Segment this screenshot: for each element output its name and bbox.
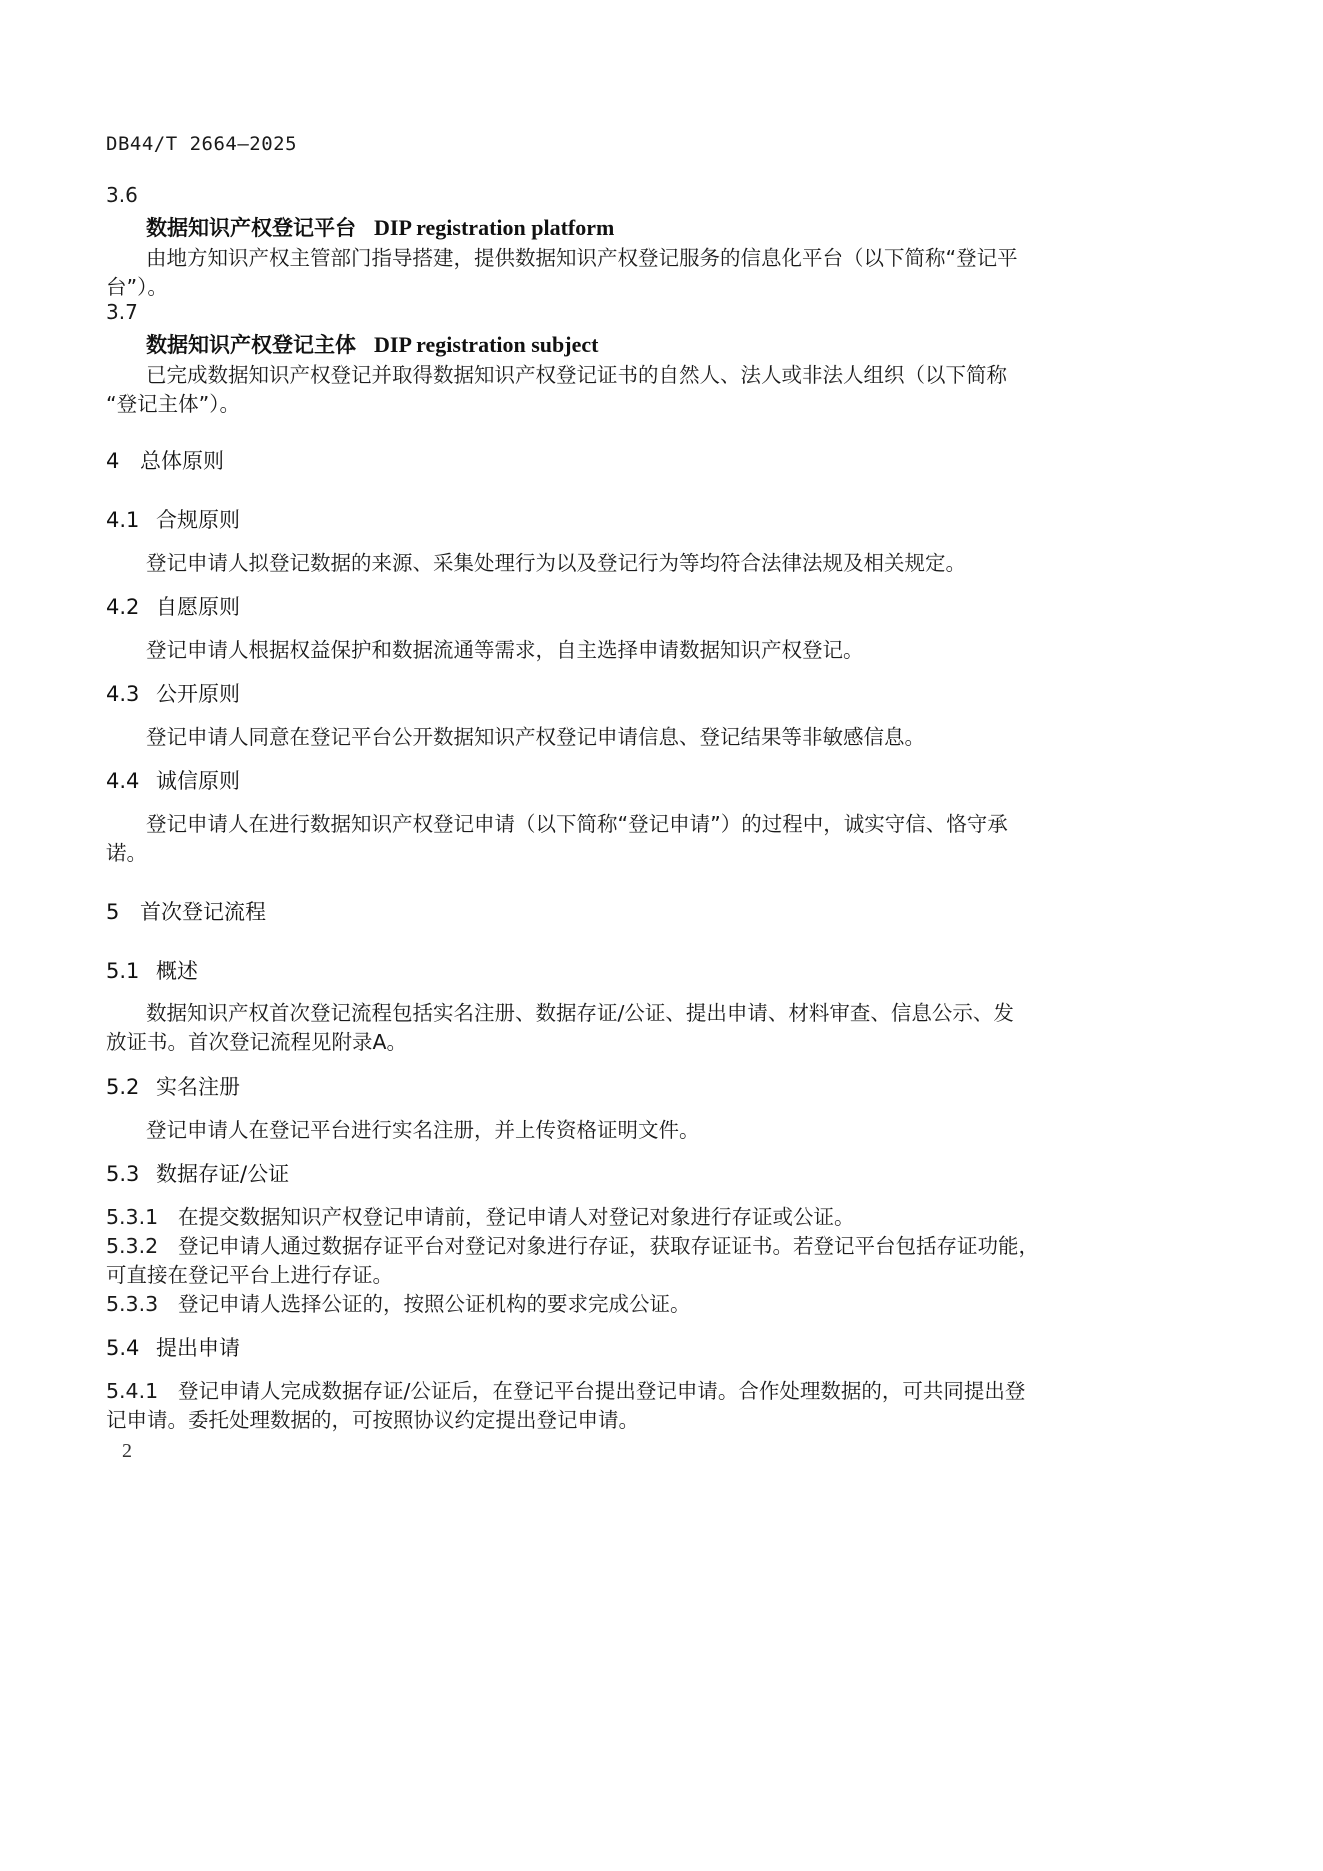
paragraph: 登记申请人同意在登记平台公开数据知识产权登记申请信息、登记结果等非敏感信息。 (146, 720, 925, 750)
definition-text-line: 台”）。 (106, 270, 168, 300)
subsection-number: 4.4 (106, 769, 156, 793)
clause-text: 登记申请人完成数据存证/公证后，在登记平台提出登记申请。合作处理数据的，可共同提… (178, 1379, 1025, 1403)
clause: 5.3.3登记申请人选择公证的，按照公证机构的要求完成公证。 (106, 1287, 691, 1317)
subsection-heading: 5.1概述 (106, 955, 198, 985)
clause-text-continuation: 可直接在登记平台上进行存证。 (106, 1258, 393, 1288)
definition-number: 3.6 (106, 183, 138, 207)
subsection-number: 4.1 (106, 508, 156, 532)
document-page: DB44/T 2664—2025 3.6 数据知识产权登记平台DIP regis… (0, 0, 1323, 1871)
definition-text-line: 由地方知识产权主管部门指导搭建，提供数据知识产权登记服务的信息化平台（以下简称“… (146, 241, 1018, 271)
subsection-heading: 5.3数据存证/公证 (106, 1158, 289, 1188)
clause-number: 5.3.1 (106, 1205, 178, 1229)
subsection-heading: 4.3公开原则 (106, 678, 240, 708)
clause-number: 5.4.1 (106, 1379, 178, 1403)
subsection-number: 5.3 (106, 1162, 156, 1186)
section-title: 首次登记流程 (140, 900, 266, 924)
paragraph: 登记申请人在登记平台进行实名注册，并上传资格证明文件。 (146, 1113, 700, 1143)
term-en: DIP registration subject (374, 332, 598, 357)
section-number: 5 (106, 900, 140, 924)
paragraph-line: 放证书。首次登记流程见附录A。 (106, 1025, 407, 1055)
subsection-title: 实名注册 (156, 1075, 240, 1099)
clause-number: 5.3.2 (106, 1234, 178, 1258)
definition-number: 3.7 (106, 300, 138, 324)
clause-text-continuation: 记申请。委托处理数据的，可按照协议约定提出登记申请。 (106, 1403, 639, 1433)
clause-text: 登记申请人选择公证的，按照公证机构的要求完成公证。 (178, 1292, 691, 1316)
clause: 5.4.1登记申请人完成数据存证/公证后，在登记平台提出登记申请。合作处理数据的… (106, 1374, 1025, 1404)
subsection-title: 合规原则 (156, 508, 240, 532)
term-zh: 数据知识产权登记主体 (146, 333, 356, 357)
clause: 5.3.2登记申请人通过数据存证平台对登记对象进行存证，获取存证证书。若登记平台… (106, 1229, 1039, 1259)
subsection-number: 5.1 (106, 959, 156, 983)
subsection-title: 概述 (156, 959, 198, 983)
clause-text: 登记申请人通过数据存证平台对登记对象进行存证，获取存证证书。若登记平台包括存证功… (178, 1234, 1039, 1258)
subsection-number: 5.2 (106, 1075, 156, 1099)
subsection-number: 5.4 (106, 1336, 156, 1360)
clause-text: 在提交数据知识产权登记申请前，登记申请人对登记对象进行存证或公证。 (178, 1205, 855, 1229)
paragraph-line: 诺。 (106, 836, 147, 866)
subsection-heading: 4.4诚信原则 (106, 765, 240, 795)
page-number: 2 (122, 1440, 132, 1463)
definition-term: 数据知识产权登记平台DIP registration platform (146, 212, 614, 242)
subsection-heading: 5.4提出申请 (106, 1332, 240, 1362)
paragraph-line: 数据知识产权首次登记流程包括实名注册、数据存证/公证、提出申请、材料审查、信息公… (146, 996, 1014, 1026)
term-en: DIP registration platform (374, 215, 614, 240)
clause: 5.3.1在提交数据知识产权登记申请前，登记申请人对登记对象进行存证或公证。 (106, 1200, 855, 1230)
paragraph: 登记申请人拟登记数据的来源、采集处理行为以及登记行为等均符合法律法规及相关规定。 (146, 546, 966, 576)
paragraph-line: 登记申请人在进行数据知识产权登记申请（以下简称“登记申请”）的过程中，诚实守信、… (146, 807, 1008, 837)
term-zh: 数据知识产权登记平台 (146, 216, 356, 240)
standard-code-header: DB44/T 2664—2025 (106, 133, 297, 155)
section-number: 4 (106, 449, 140, 473)
section-title: 总体原则 (140, 449, 224, 473)
definition-text-line: 已完成数据知识产权登记并取得数据知识产权登记证书的自然人、法人或非法人组织（以下… (146, 358, 1007, 388)
subsection-title: 数据存证/公证 (156, 1162, 289, 1186)
subsection-number: 4.3 (106, 682, 156, 706)
paragraph: 登记申请人根据权益保护和数据流通等需求，自主选择申请数据知识产权登记。 (146, 633, 864, 663)
section-heading: 5首次登记流程 (106, 896, 266, 926)
subsection-heading: 5.2实名注册 (106, 1071, 240, 1101)
subsection-title: 自愿原则 (156, 595, 240, 619)
definition-text-line: “登记主体”）。 (106, 387, 240, 417)
subsection-title: 诚信原则 (156, 769, 240, 793)
subsection-title: 公开原则 (156, 682, 240, 706)
clause-number: 5.3.3 (106, 1292, 178, 1316)
subsection-number: 4.2 (106, 595, 156, 619)
section-heading: 4总体原则 (106, 445, 224, 475)
definition-term: 数据知识产权登记主体DIP registration subject (146, 329, 598, 359)
subsection-title: 提出申请 (156, 1336, 240, 1360)
subsection-heading: 4.1合规原则 (106, 504, 240, 534)
subsection-heading: 4.2自愿原则 (106, 591, 240, 621)
